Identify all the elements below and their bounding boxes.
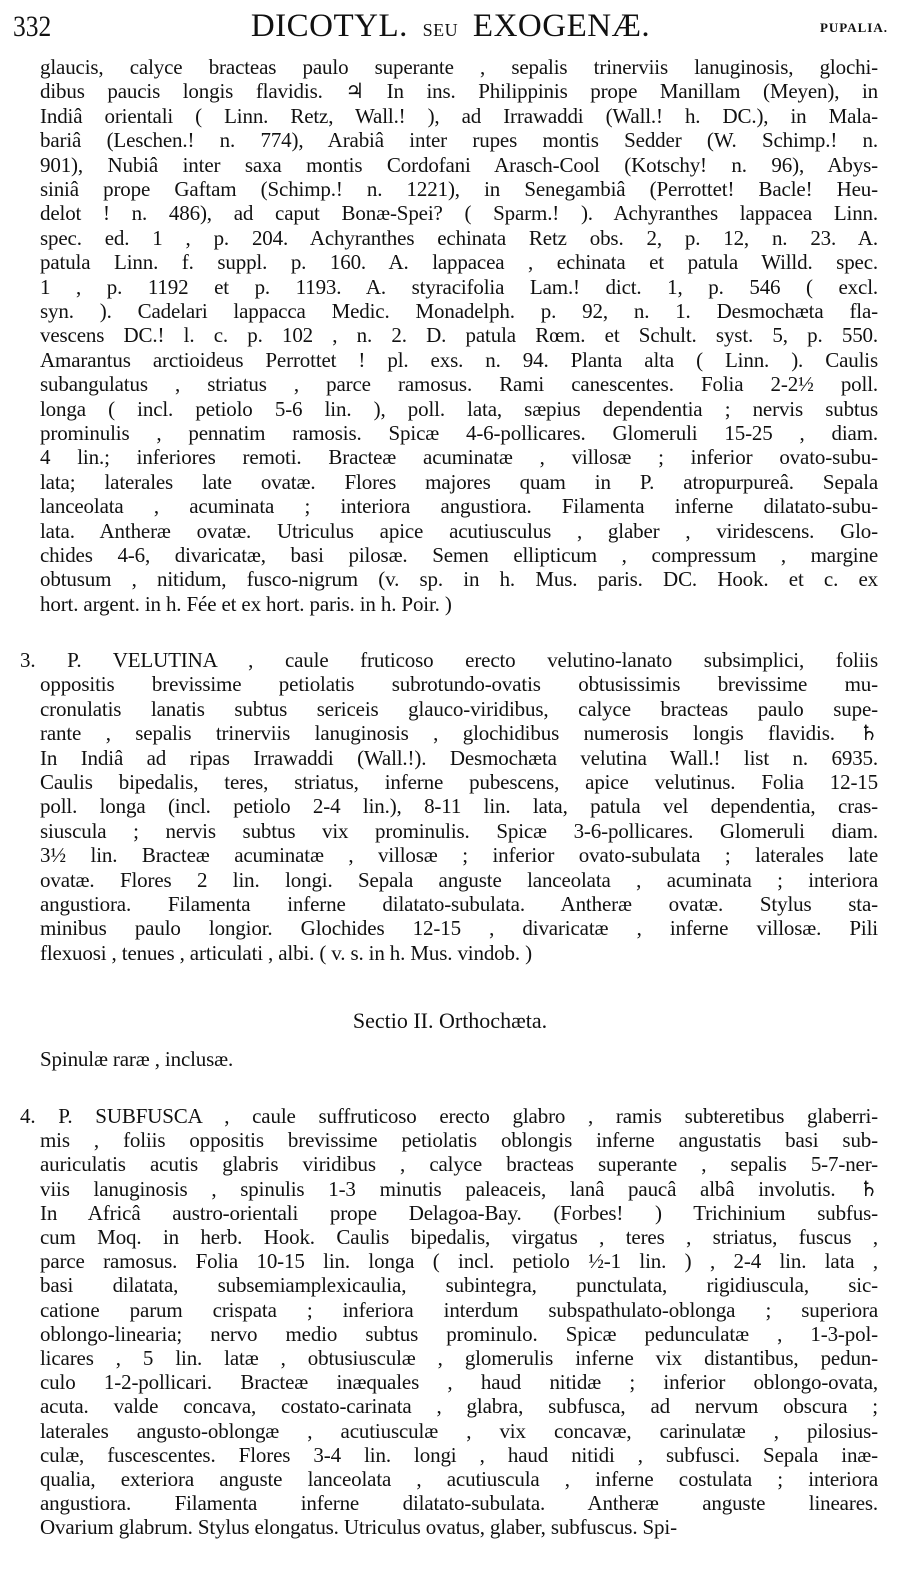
text-line: lata. Antheræ ovatæ. Utriculus apice acu… [40, 519, 878, 543]
text-line: 3. P. VELUTINA , caule fruticoso erecto … [20, 648, 878, 672]
text-line: minibus paulo longior. Glochides 12-15 ,… [40, 916, 878, 940]
text-line: hort. argent. in h. Fée et ex hort. pari… [40, 592, 878, 616]
text-line: basi dilatata, subsemiamplexicaulia, sub… [40, 1273, 878, 1297]
running-header: 332 DICOTYL. SEU EXOGENÆ. PUPALIA. [13, 6, 888, 50]
text-line: parce ramosus. Folia 10-15 lin. longa ( … [40, 1249, 878, 1273]
text-line: siuscula ; nervis subtus vix prominulis.… [40, 819, 878, 843]
text-line: chides 4-6, divaricatæ, basi pilosæ. Sem… [40, 543, 878, 567]
running-title-part2: EXOGENÆ. [473, 8, 650, 44]
text-line: mis , foliis oppositis brevissime petiol… [40, 1128, 878, 1152]
text-line: In Indiâ ad ripas Irrawaddi (Wall.!). De… [40, 746, 878, 770]
running-title: DICOTYL. SEU EXOGENÆ. [13, 8, 888, 45]
text-line: culæ, fuscescentes. Flores 3-4 lin. long… [40, 1443, 878, 1467]
text-line: flexuosi , tenues , articulati , albi. (… [40, 941, 878, 965]
text-line: dibus paucis longis flavidis. ♃ In ins. … [40, 79, 878, 103]
book-page: 332 DICOTYL. SEU EXOGENÆ. PUPALIA. glauc… [0, 0, 900, 1582]
running-title-part1: DICOTYL. [251, 8, 408, 44]
text-line: cronulatis lanatis subtus sericeis glauc… [40, 697, 878, 721]
text-line: culo 1-2-pollicari. Bracteæ inæquales , … [40, 1370, 878, 1394]
text-line: longa ( incl. petiolo 5-6 lin. ), poll. … [40, 397, 878, 421]
text-line: rante , sepalis trinerviis lanuginosis ,… [40, 721, 878, 745]
text-line: laterales angusto-oblongæ , acutiusculæ … [40, 1419, 878, 1443]
text-line: 901), Nubiâ inter saxa montis Cordofani … [40, 153, 878, 177]
running-title-seu: SEU [423, 20, 459, 40]
text-line: qualia, exteriora anguste lanceolata , a… [40, 1467, 878, 1491]
section-note: Spinulæ raræ , inclusæ. [40, 1047, 878, 1071]
section-heading: Sectio II. Orthochæta. [0, 1008, 900, 1034]
text-line: Amarantus arctioideus Perrottet ! pl. ex… [40, 348, 878, 372]
text-line: licares , 5 lin. latæ , obtusiusculæ , g… [40, 1346, 878, 1370]
text-line: bariâ (Leschen.! n. 774), Arabiâ inter r… [40, 128, 878, 152]
text-line: angustiora. Filamenta inferne dilatato-s… [40, 1491, 878, 1515]
text-line: siniâ prope Gaftam (Schimp.! n. 1221), i… [40, 177, 878, 201]
text-line: prominulis , pennatim ramosis. Spicæ 4-6… [40, 421, 878, 445]
text-line: obtusum , nitidum, fusco-nigrum (v. sp. … [40, 567, 878, 591]
text-line: syn. ). Cadelari lappacca Medic. Monadel… [40, 299, 878, 323]
text-line: Indiâ orientali ( Linn. Retz, Wall.! ), … [40, 104, 878, 128]
text-line: lanceolata , acuminata ; interiora angus… [40, 494, 878, 518]
text-line: In Africâ austro-orientali prope Delagoa… [40, 1201, 878, 1225]
text-line: patula Linn. f. suppl. p. 160. A. lappac… [40, 250, 878, 274]
text-line: subangulatus , striatus , parce ramosus.… [40, 372, 878, 396]
text-line: oppositis brevissime petiolatis subrotun… [40, 672, 878, 696]
text-line: Ovarium glabrum. Stylus elongatus. Utric… [40, 1515, 878, 1539]
text-line: vescens DC.! l. c. p. 102 , n. 2. D. pat… [40, 323, 878, 347]
text-line: 4 lin.; inferiores remoti. Bracteæ acumi… [40, 445, 878, 469]
text-line: 1 , p. 1192 et p. 1193. A. styracifolia … [40, 275, 878, 299]
text-line: acuta. valde concava, costato-carinata ,… [40, 1394, 878, 1418]
text-line: Caulis bipedalis, teres, striatus, infer… [40, 770, 878, 794]
text-line: lata; laterales late ovatæ. Flores major… [40, 470, 878, 494]
text-line: angustiora. Filamenta inferne dilatato-s… [40, 892, 878, 916]
text-line: viis lanuginosis , spinulis 1-3 minutis … [40, 1177, 878, 1201]
text-line: delot ! n. 486), ad caput Bonæ-Spei? ( S… [40, 201, 878, 225]
text-line: 3½ lin. Bracteæ acuminatæ , villosæ ; in… [40, 843, 878, 867]
text-line: ovatæ. Flores 2 lin. longi. Sepala angus… [40, 868, 878, 892]
running-genus: PUPALIA. [820, 20, 888, 36]
text-line: auriculatis acutis glabris viridibus , c… [40, 1152, 878, 1176]
text-line: oblongo-linearia; nervo medio subtus pro… [40, 1322, 878, 1346]
text-line: spec. ed. 1 , p. 204. Achyranthes echina… [40, 226, 878, 250]
text-line: cum Moq. in herb. Hook. Caulis bipedalis… [40, 1225, 878, 1249]
text-line: catione parum crispata ; inferiora inter… [40, 1298, 878, 1322]
text-line: 4. P. SUBFUSCA , caule suffruticoso erec… [20, 1104, 878, 1128]
text-line: glaucis, calyce bracteas paulo superante… [40, 55, 878, 79]
text-line: poll. longa (incl. petiolo 2-4 lin.), 8-… [40, 794, 878, 818]
